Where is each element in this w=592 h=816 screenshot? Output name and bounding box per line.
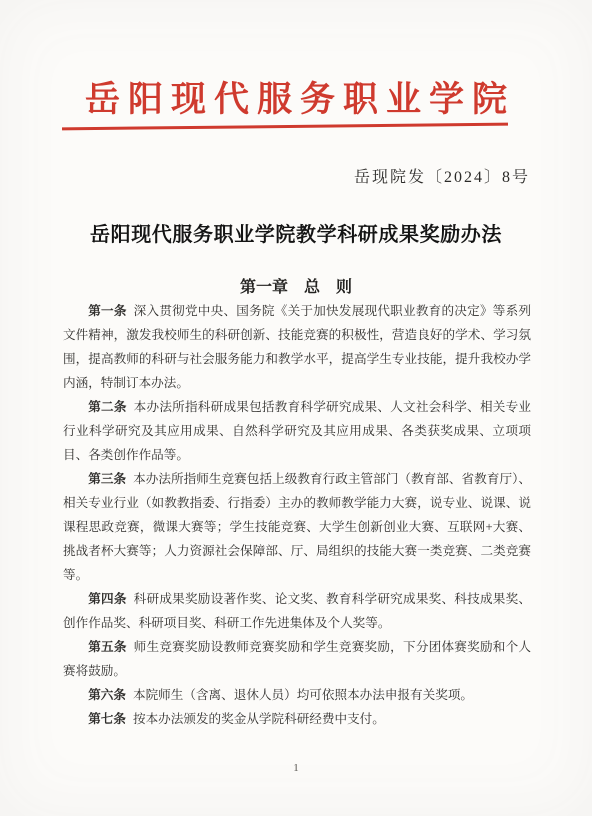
article-1-text: 深入贯彻党中央、国务院《关于加快发展现代职业教育的决定》等系列文件精神，激发我校… xyxy=(63,304,531,390)
document-body: 第一条深入贯彻党中央、国务院《关于加快发展现代职业教育的决定》等系列文件精神，激… xyxy=(63,299,531,731)
chapter-heading: 第一章 总 则 xyxy=(0,274,592,297)
article-4-label: 第四条 xyxy=(88,592,126,606)
document-number: 岳现院发〔2024〕8号 xyxy=(354,164,530,187)
article-1-label: 第一条 xyxy=(88,304,126,318)
article-2: 第二条本办法所指科研成果包括教育科学研究成果、人文社会科学、相关专业行业科学研究… xyxy=(63,395,531,467)
article-1: 第一条深入贯彻党中央、国务院《关于加快发展现代职业教育的决定》等系列文件精神，激… xyxy=(63,299,531,395)
article-7-text: 按本办法颁发的奖金从学院科研经费中支付。 xyxy=(133,712,385,726)
article-7-label: 第七条 xyxy=(88,712,126,726)
article-2-label: 第二条 xyxy=(88,400,126,414)
article-6-label: 第六条 xyxy=(88,688,126,702)
page-number: 1 xyxy=(0,762,592,774)
article-6: 第六条本院师生（含离、退休人员）均可依照本办法申报有关奖项。 xyxy=(63,683,531,707)
letterhead-org-name: 岳阳现代服务职业学院 xyxy=(0,72,592,122)
article-4-text: 科研成果奖励设著作奖、论文奖、教育科学研究成果奖、科技成果奖、创作作品奖、科研项… xyxy=(63,592,531,630)
article-5: 第五条师生竞赛奖励设教师竞赛奖励和学生竞赛奖励，下分团体赛奖励和个人赛将鼓励。 xyxy=(63,635,531,683)
article-3: 第三条本办法所指师生竞赛包括上级教育行政主管部门（教育部、省教育厅）、相关专业行… xyxy=(63,467,531,587)
article-5-text: 师生竞赛奖励设教师竞赛奖励和学生竞赛奖励，下分团体赛奖励和个人赛将鼓励。 xyxy=(63,640,531,678)
article-3-text: 本办法所指师生竞赛包括上级教育行政主管部门（教育部、省教育厅）、相关专业行业（如… xyxy=(63,472,531,582)
article-7: 第七条按本办法颁发的奖金从学院科研经费中支付。 xyxy=(63,707,531,731)
article-3-label: 第三条 xyxy=(88,472,126,486)
article-2-text: 本办法所指科研成果包括教育科学研究成果、人文社会科学、相关专业行业科学研究及其应… xyxy=(63,400,531,462)
letterhead-divider-line xyxy=(62,123,508,131)
article-6-text: 本院师生（含离、退休人员）均可依照本办法申报有关奖项。 xyxy=(133,688,473,702)
article-5-label: 第五条 xyxy=(88,640,126,654)
article-4: 第四条科研成果奖励设著作奖、论文奖、教育科学研究成果奖、科技成果奖、创作作品奖、… xyxy=(63,587,531,635)
scanned-document-page: 岳阳现代服务职业学院 岳现院发〔2024〕8号 岳阳现代服务职业学院教学科研成果… xyxy=(0,0,592,816)
document-title: 岳阳现代服务职业学院教学科研成果奖励办法 xyxy=(0,218,592,247)
